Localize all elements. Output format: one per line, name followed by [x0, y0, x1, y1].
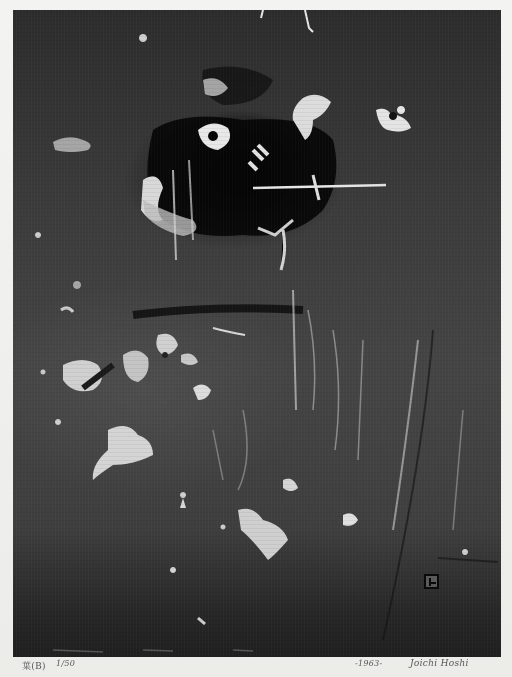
edition-number: 1/50	[56, 659, 75, 668]
artist-signature: Joichi Hoshi	[410, 659, 469, 669]
artist-seal-icon	[424, 574, 439, 589]
abstract-marks	[13, 10, 501, 657]
print-image-area	[13, 10, 501, 657]
year-inscription: -1963-	[355, 659, 383, 668]
title-inscription: 葉(B)	[22, 659, 46, 672]
